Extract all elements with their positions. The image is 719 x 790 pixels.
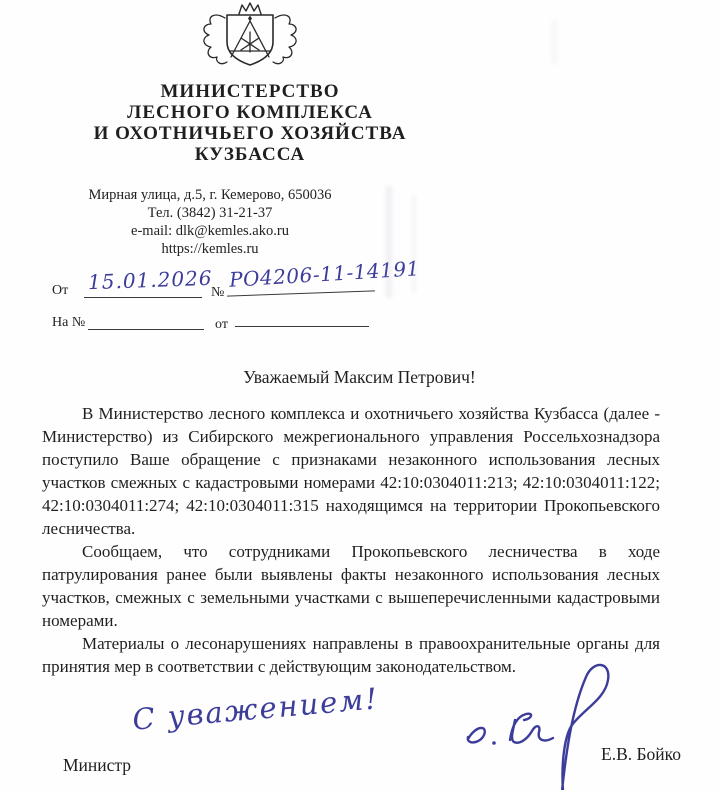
- from-label: От: [52, 283, 68, 299]
- reply-number-underline: [88, 329, 204, 330]
- minister-signature-icon: [452, 643, 662, 790]
- handwritten-closing: С уважением!: [131, 681, 380, 736]
- kuzbass-coat-of-arms-icon: [189, 2, 311, 72]
- paragraph: Сообщаем, что сотрудниками Прокопьевског…: [42, 540, 660, 632]
- number-label: №: [211, 285, 224, 301]
- signer-name: Е.В. Бойко: [601, 744, 681, 765]
- salutation: Уважаемый Максим Петрович!: [0, 367, 719, 388]
- number-underline: [227, 290, 375, 296]
- paragraph: В Министерство лесного комплекса и охотн…: [42, 402, 660, 540]
- scan-artifact: [412, 196, 416, 292]
- scan-artifact: [552, 20, 557, 64]
- ministry-name-line: КУЗБАССА: [0, 144, 500, 165]
- reply-date-underline: [235, 326, 369, 327]
- letterhead: МИНИСТЕРСТВО ЛЕСНОГО КОМПЛЕКСА И ОХОТНИЧ…: [0, 0, 500, 258]
- scanned-letter-page: МИНИСТЕРСТВО ЛЕСНОГО КОМПЛЕКСА И ОХОТНИЧ…: [0, 0, 719, 790]
- ministry-name: МИНИСТЕРСТВО ЛЕСНОГО КОМПЛЕКСА И ОХОТНИЧ…: [0, 81, 500, 165]
- handwritten-date: 15.01.2026: [88, 266, 213, 294]
- position-title: Министр: [63, 755, 131, 776]
- letter-body: В Министерство лесного комплекса и охотн…: [42, 402, 660, 678]
- reply-number-label: На №: [52, 315, 85, 331]
- scan-artifact: [386, 186, 392, 298]
- ministry-name-line: И ОХОТНИЧЬЕГО ХОЗЯЙСТВА: [0, 123, 500, 144]
- reply-from-label: от: [215, 317, 228, 333]
- date-underline: [84, 297, 202, 298]
- ministry-name-line: ЛЕСНОГО КОМПЛЕКСА: [0, 102, 500, 123]
- ministry-name-line: МИНИСТЕРСТВО: [0, 81, 500, 102]
